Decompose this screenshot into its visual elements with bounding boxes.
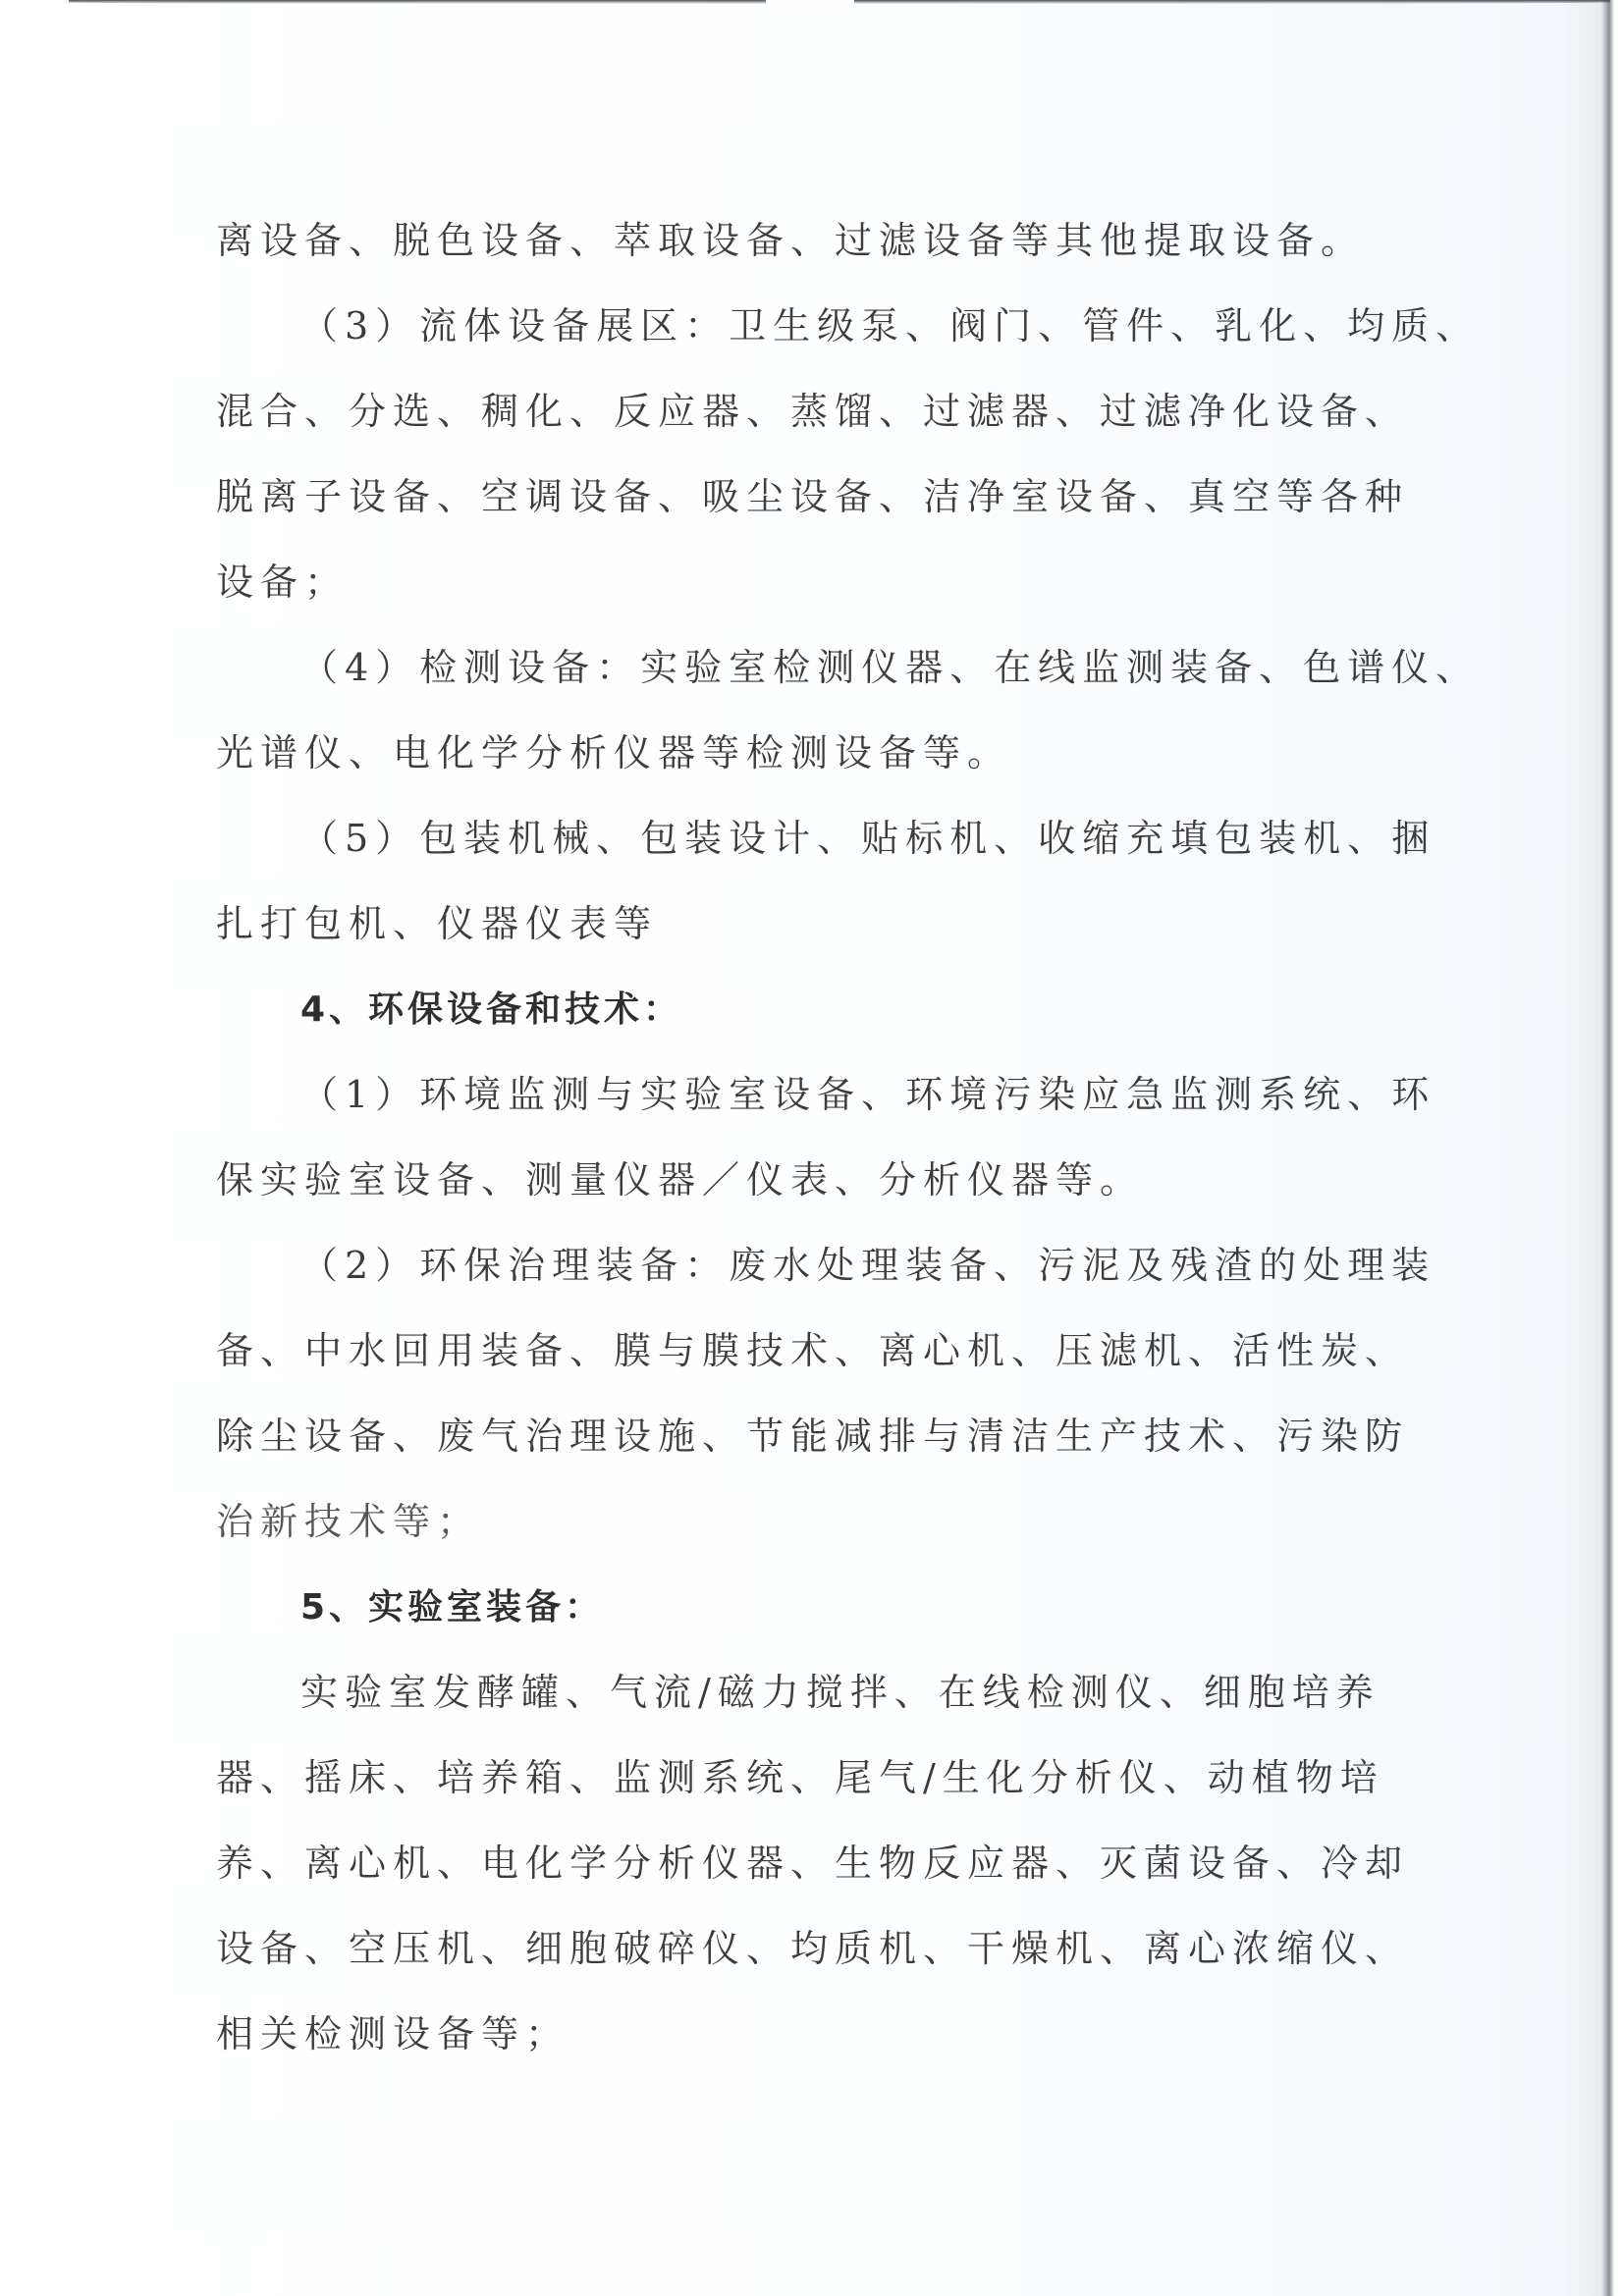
paragraph-line: 除尘设备、废气治理设施、节能减排与清洁生产技术、污染防 (216, 1394, 1463, 1479)
paragraph-line: 混合、分选、稠化、反应器、蒸馏、过滤器、过滤净化设备、 (216, 369, 1463, 454)
paragraph-line: 扎打包机、仪器仪表等 (216, 881, 1463, 967)
paragraph-line: 治新技术等； (216, 1479, 1463, 1565)
list-item-fluid-equipment: （3）流体设备展区：卫生级泵、阀门、管件、乳化、均质、 (216, 284, 1463, 369)
paragraph-line: 相关检测设备等； (216, 1992, 1463, 2077)
section-heading-environmental: 4、环保设备和技术： (216, 967, 1463, 1052)
paragraph-line: 光谱仪、电化学分析仪器等检测设备等。 (216, 711, 1463, 796)
paragraph-line: 离设备、脱色设备、萃取设备、过滤设备等其他提取设备。 (216, 198, 1463, 284)
list-item-testing-equipment: （4）检测设备：实验室检测仪器、在线监测装备、色谱仪、 (216, 625, 1463, 711)
section-heading-laboratory: 5、实验室装备： (216, 1565, 1463, 1650)
paragraph-line: 脱离子设备、空调设备、吸尘设备、洁净室设备、真空等各种 (216, 454, 1463, 540)
scanned-page: 离设备、脱色设备、萃取设备、过滤设备等其他提取设备。 （3）流体设备展区：卫生级… (0, 0, 1624, 2296)
paragraph-line: 器、摇床、培养箱、监测系统、尾气/生化分析仪、动植物培 (216, 1735, 1463, 1821)
paragraph-line: 保实验室设备、测量仪器／仪表、分析仪器等。 (216, 1138, 1463, 1223)
scan-top-edge-gap (766, 0, 854, 5)
list-item-packaging-machinery: （5）包装机械、包装设计、贴标机、收缩充填包装机、捆 (216, 796, 1463, 881)
paragraph-line: 设备； (216, 540, 1463, 625)
paragraph-line: 设备、空压机、细胞破碎仪、均质机、干燥机、离心浓缩仪、 (216, 1906, 1463, 1992)
paragraph-laboratory-equipment: 实验室发酵罐、气流/磁力搅拌、在线检测仪、细胞培养 (216, 1650, 1463, 1735)
list-item-environmental-monitoring: （1）环境监测与实验室设备、环境污染应急监测系统、环 (216, 1052, 1463, 1138)
paragraph-line: 备、中水回用装备、膜与膜技术、离心机、压滤机、活性炭、 (216, 1308, 1463, 1394)
paragraph-line: 养、离心机、电化学分析仪器、生物反应器、灭菌设备、冷却 (216, 1821, 1463, 1906)
list-item-environmental-treatment: （2）环保治理装备：废水处理装备、污泥及残渣的处理装 (216, 1223, 1463, 1308)
document-body: 离设备、脱色设备、萃取设备、过滤设备等其他提取设备。 （3）流体设备展区：卫生级… (216, 198, 1463, 2077)
